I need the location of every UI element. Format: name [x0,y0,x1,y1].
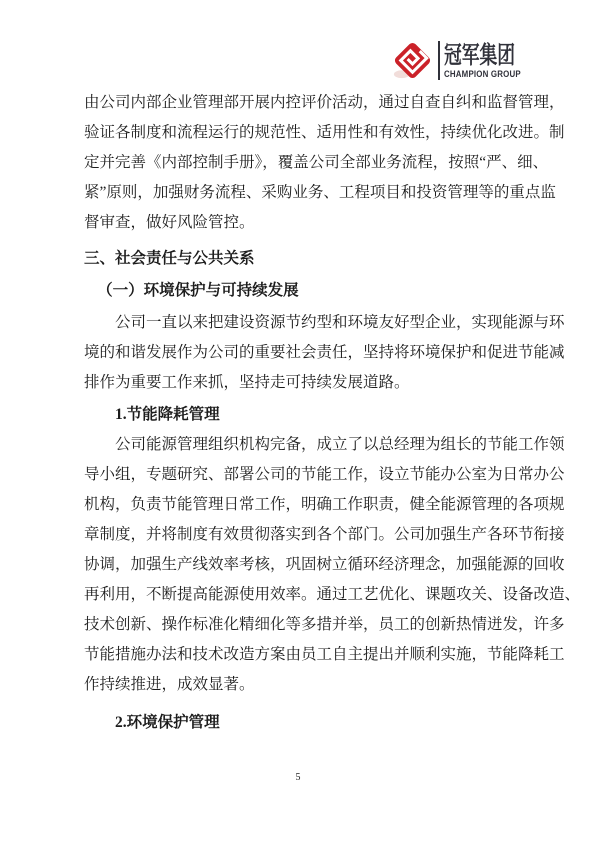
text-line: 节能措施办法和技术改造方案由员工自主提出并顺利实施，节能降耗工 [84,640,514,670]
text-line: 排作为重要工作来抓，坚持走可持续发展道路。 [84,368,514,398]
text-line: 导小组，专题研究、部署公司的节能工作，设立节能办公室为日常办公 [84,460,514,490]
paragraph-internal-control: 由公司内部企业管理部开展内控评价活动，通过自查自纠和监督管理，验证各制度和流程运… [84,88,514,238]
text-line: 协调，加强生产线效率考核，巩固树立循环经济理念，加强能源的回收 [84,550,514,580]
text-line: 机构，负责节能管理日常工作，明确工作职责，健全能源管理的各项规 [84,490,514,520]
text-line: 公司一直以来把建设资源节约型和环境友好型企业，实现能源与环 [84,308,514,338]
text-line: 再利用，不断提高能源使用效率。通过工艺优化、课题攻关、设备改造、 [84,580,514,610]
paragraph-energy-saving: 公司能源管理组织机构完备，成立了以总经理为组长的节能工作领导小组，专题研究、部署… [84,430,514,700]
text-line: 紧”原则，加强财务流程、采购业务、工程项目和投资管理等的重点监 [84,178,514,208]
text-line: 章制度，并将制度有效贯彻落实到各个部门。公司加强生产各环节衔接 [84,520,514,550]
text-line: 作持续推进，成效显著。 [84,670,514,700]
section-heading-social-responsibility: 三、社会责任与公共关系 [84,244,514,274]
text-line: 定并完善《内部控制手册》，覆盖公司全部业务流程，按照“严、细、 [84,148,514,178]
company-name-latin: CHAMPION GROUP [444,69,528,79]
champion-logo-icon [389,37,436,84]
text-line: 公司能源管理组织机构完备，成立了以总经理为组长的节能工作领 [84,430,514,460]
text-line: 督审查，做好风险管控。 [84,208,514,238]
company-logo: 冠军集团 CHAMPION GROUP [389,37,517,84]
heading-energy-saving: 1.节能降耗管理 [84,400,514,430]
paragraph-environment-intro: 公司一直以来把建设资源节约型和环境友好型企业，实现能源与环境的和谐发展作为公司的… [84,308,514,398]
company-name-cjk: 冠军集团 [444,43,515,68]
page-number: 5 [0,772,596,783]
subsection-heading-environment: （一）环境保护与可持续发展 [84,276,514,306]
text-line: 技术创新、操作标准化精细化等多措并举，员工的创新热情迸发，许多 [84,610,514,640]
logo-divider [438,41,440,80]
document-body: 由公司内部企业管理部开展内控评价活动，通过自查自纠和监督管理，验证各制度和流程运… [84,88,514,738]
text-line: 验证各制度和流程运行的规范性、适用性和有效性，持续优化改进。制 [84,118,514,148]
heading-environment-protection: 2.环境保护管理 [84,708,514,738]
text-line: 由公司内部企业管理部开展内控评价活动，通过自查自纠和监督管理， [84,88,514,118]
text-line: 境的和谐发展作为公司的重要社会责任，坚持将环境保护和促进节能减 [84,338,514,368]
